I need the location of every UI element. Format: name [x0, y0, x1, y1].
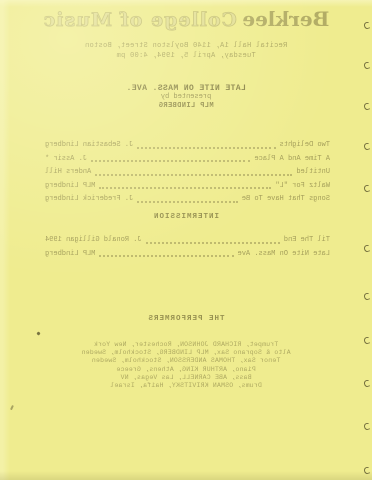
berklee-logo: Berklee College of Music	[0, 6, 372, 32]
piece-credit: J. Assir *	[45, 155, 87, 164]
mirrored-showthrough-layer: Berklee College of Music Recital Hall 1A…	[0, 0, 372, 480]
dot-leader	[91, 160, 250, 162]
binding-hole-icon	[363, 422, 370, 430]
binding-hole-icon	[363, 142, 370, 150]
performer-line: Alto & Soprano Sax, MLP LINDBERG, Stockh…	[0, 349, 372, 357]
performer-line: Drums, OSMAN KRIVITSKY, Haifa, Israel	[0, 382, 372, 390]
program-row: Til The End J. Ronald Gilligan 1994	[45, 236, 330, 245]
show-title: LATE NITE ON MASS. AVE.	[0, 84, 372, 93]
binding-hole-icon	[363, 244, 370, 252]
program-row: A Time And A Place J. Assir *	[45, 155, 330, 164]
performer-line: Bass, ABE CARNELL, Las Vegas, NV	[0, 374, 372, 382]
venue-block: Recital Hall 1A, 1140 Boylston Street, B…	[0, 41, 372, 61]
dot-leader	[137, 147, 275, 149]
binding-hole-icon	[363, 379, 370, 387]
program-row: Two Delights J. Sebastian Lindberg	[45, 141, 330, 150]
dot-leader	[99, 255, 233, 257]
binding-hole-icon	[363, 61, 370, 69]
performer-line: Trumpet, RICHARD JOHNSON, Rochester, New…	[0, 341, 372, 349]
binding-hole-icon	[363, 292, 370, 300]
intermission-heading: INTERMISSION	[0, 213, 372, 221]
presenter-name: MLP LINDBERG	[0, 102, 372, 111]
dot-leader	[137, 201, 238, 203]
piece-title: Waltz For "L"	[275, 182, 330, 191]
presented-by-label: presented by	[0, 93, 372, 102]
piece-credit: J. Ronald Gilligan 1994	[45, 236, 142, 245]
program-row: Songs That Have To Be J. Frederick Lindb…	[45, 195, 330, 204]
program-first-half: Two Delights J. Sebastian Lindberg A Tim…	[45, 141, 330, 209]
performer-line: Piano, ARTHUR KING, Athens, Greece	[0, 366, 372, 374]
venue-line: Recital Hall 1A, 1140 Boylston Street, B…	[0, 41, 372, 51]
logo-script-text: Berklee	[242, 7, 329, 31]
binding-hole-icon	[363, 336, 370, 344]
dot-leader	[95, 174, 292, 176]
program-row: Waltz For "L" MLP Lindberg	[45, 182, 330, 191]
program-row: Untitled Anders Hill	[45, 168, 330, 177]
performers-list: Trumpet, RICHARD JOHNSON, Rochester, New…	[0, 341, 372, 390]
title-block: LATE NITE ON MASS. AVE. presented by MLP…	[0, 84, 372, 111]
binding-hole-icon	[363, 466, 370, 474]
logo-outline-text: College of Music	[43, 9, 237, 31]
performer-line: Tenor Sax, THOMAS ANDERSSON, Stockholm, …	[0, 357, 372, 365]
piece-title: A Time And A Place	[254, 155, 330, 164]
piece-title: Late Nite On Mass. Ave	[238, 250, 330, 259]
piece-credit: J. Frederick Lindberg	[45, 195, 133, 204]
piece-title: Two Delights	[280, 141, 330, 150]
piece-title: Untitled	[296, 168, 330, 177]
program-row: Late Nite On Mass. Ave MLP Lindberg	[45, 250, 330, 259]
performers-heading: THE PERFORMERS	[0, 315, 372, 323]
piece-credit: Anders Hill	[45, 168, 91, 177]
piece-title: Til The End	[284, 236, 330, 245]
dot-leader	[99, 187, 271, 189]
scanned-program-page: Berklee College of Music Recital Hall 1A…	[0, 0, 372, 480]
piece-credit: MLP Lindberg	[45, 182, 95, 191]
program-second-half: Til The End J. Ronald Gilligan 1994 Late…	[45, 236, 330, 263]
binding-hole-icon	[363, 184, 370, 192]
piece-credit: J. Sebastian Lindberg	[45, 141, 133, 150]
binding-hole-icon	[363, 21, 370, 29]
dot-leader	[146, 242, 280, 244]
piece-title: Songs That Have To Be	[242, 195, 330, 204]
binding-hole-icon	[363, 102, 370, 110]
date-line: Tuesday, April 5, 1994, 4:00 pm	[0, 51, 372, 61]
piece-credit: MLP Lindberg	[45, 250, 95, 259]
